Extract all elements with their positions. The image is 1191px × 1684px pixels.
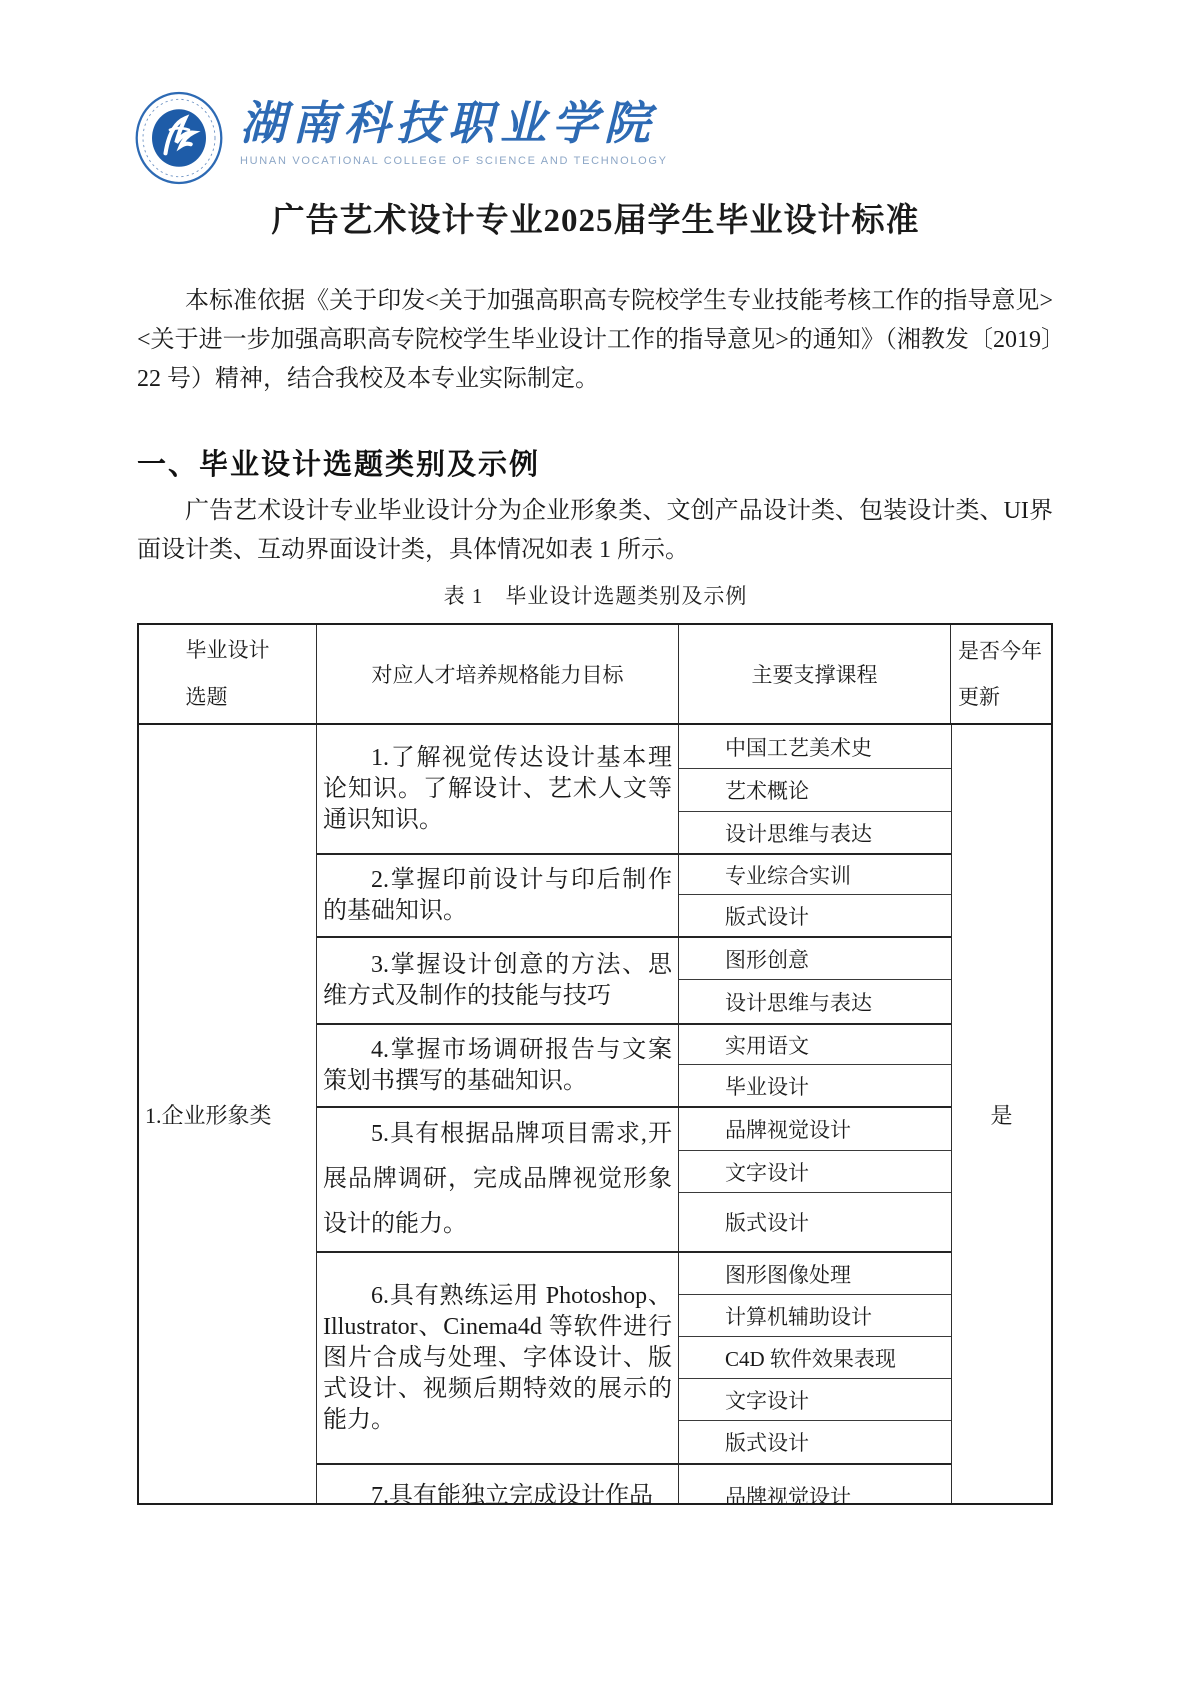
course-cell: 设计思维与表达 bbox=[679, 812, 951, 853]
course-cell: 中国工艺美术史 bbox=[679, 725, 951, 769]
college-name-calligraphy: 湖南科技职业学院 bbox=[240, 94, 668, 152]
course-cell: 文字设计 bbox=[679, 1379, 951, 1421]
header-supporting-courses: 主要支撑课程 bbox=[679, 625, 951, 723]
course-cell: 计算机辅助设计 bbox=[679, 1295, 951, 1337]
college-name-english: HUNAN VOCATIONAL COLLEGE OF SCIENCE AND … bbox=[240, 155, 668, 167]
document-page: 湖南科技职业学院 HUNAN VOCATIONAL COLLEGE OF SCI… bbox=[0, 0, 1191, 1684]
header-topic-line1: 毕业设计 bbox=[186, 627, 270, 674]
course-cell: 设计思维与表达 bbox=[679, 980, 951, 1023]
course-cell: 艺术概论 bbox=[679, 769, 951, 812]
course-cell: 毕业设计 bbox=[679, 1065, 951, 1106]
goal-text-2: 2.掌握印前设计与印后制作的基础知识。 bbox=[323, 865, 672, 927]
header-ability-goals: 对应人才培养规格能力目标 bbox=[317, 625, 679, 723]
college-emblem-icon bbox=[134, 90, 224, 191]
table-caption: 表 1 毕业设计选题类别及示例 bbox=[0, 580, 1191, 610]
goal-text-1: 1.了解视觉传达设计基本理论知识。了解设计、艺术人文等通识知识。 bbox=[323, 743, 672, 836]
intro-paragraph: 本标准依据《关于印发<关于加强高职高专院校学生专业技能考核工作的指导意见><关于… bbox=[137, 282, 1053, 399]
goal-row: 5.具有根据品牌项目需求,开展品牌调研，完成品牌视觉形象设计的能力。 品牌视觉设… bbox=[317, 1108, 951, 1253]
section1-paragraph: 广告艺术设计专业毕业设计分为企业形象类、文创产品设计类、包装设计类、UI界面设计… bbox=[137, 492, 1053, 570]
goal-row: 1.了解视觉传达设计基本理论知识。了解设计、艺术人文等通识知识。 中国工艺美术史… bbox=[317, 725, 951, 855]
goal-text-5: 5.具有根据品牌项目需求,开展品牌调研，完成品牌视觉形象设计的能力。 bbox=[323, 1112, 672, 1247]
course-cell: 品牌视觉设计 bbox=[679, 1465, 951, 1505]
header-topic-line2: 选题 bbox=[186, 674, 270, 721]
table-header-row: 毕业设计 选题 对应人才培养规格能力目标 主要支撑课程 是否今年 更新 bbox=[139, 625, 1051, 725]
updated-cell: 是 bbox=[951, 725, 1051, 1503]
course-cell: 品牌视觉设计 bbox=[679, 1108, 951, 1151]
college-logo: 湖南科技职业学院 HUNAN VOCATIONAL COLLEGE OF SCI… bbox=[134, 90, 668, 191]
course-cell: 文字设计 bbox=[679, 1151, 951, 1193]
goal-row: 3.掌握设计创意的方法、思维方式及制作的技能与技巧 图形创意 设计思维与表达 bbox=[317, 938, 951, 1025]
goal-text-6: 6.具有熟练运用 Photoshop、Illustrator、Cinema4d … bbox=[323, 1281, 672, 1436]
course-cell: 版式设计 bbox=[679, 895, 951, 936]
course-cell: 实用语文 bbox=[679, 1025, 951, 1065]
course-cell: 版式设计 bbox=[679, 1421, 951, 1463]
header-updated-line1: 是否今年 bbox=[958, 628, 1051, 674]
course-cell: 图形创意 bbox=[679, 938, 951, 980]
section1-heading: 一、毕业设计选题类别及示例 bbox=[137, 442, 540, 483]
course-cell: 专业综合实训 bbox=[679, 855, 951, 895]
topics-table: 毕业设计 选题 对应人才培养规格能力目标 主要支撑课程 是否今年 更新 1.企业… bbox=[137, 623, 1053, 1505]
goals-courses-column: 1.了解视觉传达设计基本理论知识。了解设计、艺术人文等通识知识。 中国工艺美术史… bbox=[317, 725, 951, 1503]
table-body: 1.企业形象类 1.了解视觉传达设计基本理论知识。了解设计、艺术人文等通识知识。… bbox=[139, 725, 1051, 1503]
category-cell: 1.企业形象类 bbox=[139, 725, 317, 1503]
header-topic: 毕业设计 选题 bbox=[139, 625, 317, 723]
course-cell: 版式设计 bbox=[679, 1193, 951, 1251]
goal-text-3: 3.掌握设计创意的方法、思维方式及制作的技能与技巧 bbox=[323, 950, 672, 1012]
goal-row: 7.具有能独立完成设计作品 品牌视觉设计 bbox=[317, 1465, 951, 1505]
logo-text-block: 湖南科技职业学院 HUNAN VOCATIONAL COLLEGE OF SCI… bbox=[240, 90, 668, 167]
goal-row: 4.掌握市场调研报告与文案策划书撰写的基础知识。 实用语文 毕业设计 bbox=[317, 1025, 951, 1108]
course-cell: 图形图像处理 bbox=[679, 1253, 951, 1295]
goal-text-4: 4.掌握市场调研报告与文案策划书撰写的基础知识。 bbox=[323, 1035, 672, 1097]
goal-row: 6.具有熟练运用 Photoshop、Illustrator、Cinema4d … bbox=[317, 1253, 951, 1465]
goal-row: 2.掌握印前设计与印后制作的基础知识。 专业综合实训 版式设计 bbox=[317, 855, 951, 938]
goal-text-7: 7.具有能独立完成设计作品 bbox=[323, 1481, 672, 1506]
header-updated: 是否今年 更新 bbox=[951, 625, 1051, 723]
course-cell: C4D 软件效果表现 bbox=[679, 1337, 951, 1379]
header-updated-line2: 更新 bbox=[958, 674, 1051, 720]
document-title: 广告艺术设计专业2025届学生毕业设计标准 bbox=[0, 194, 1191, 241]
